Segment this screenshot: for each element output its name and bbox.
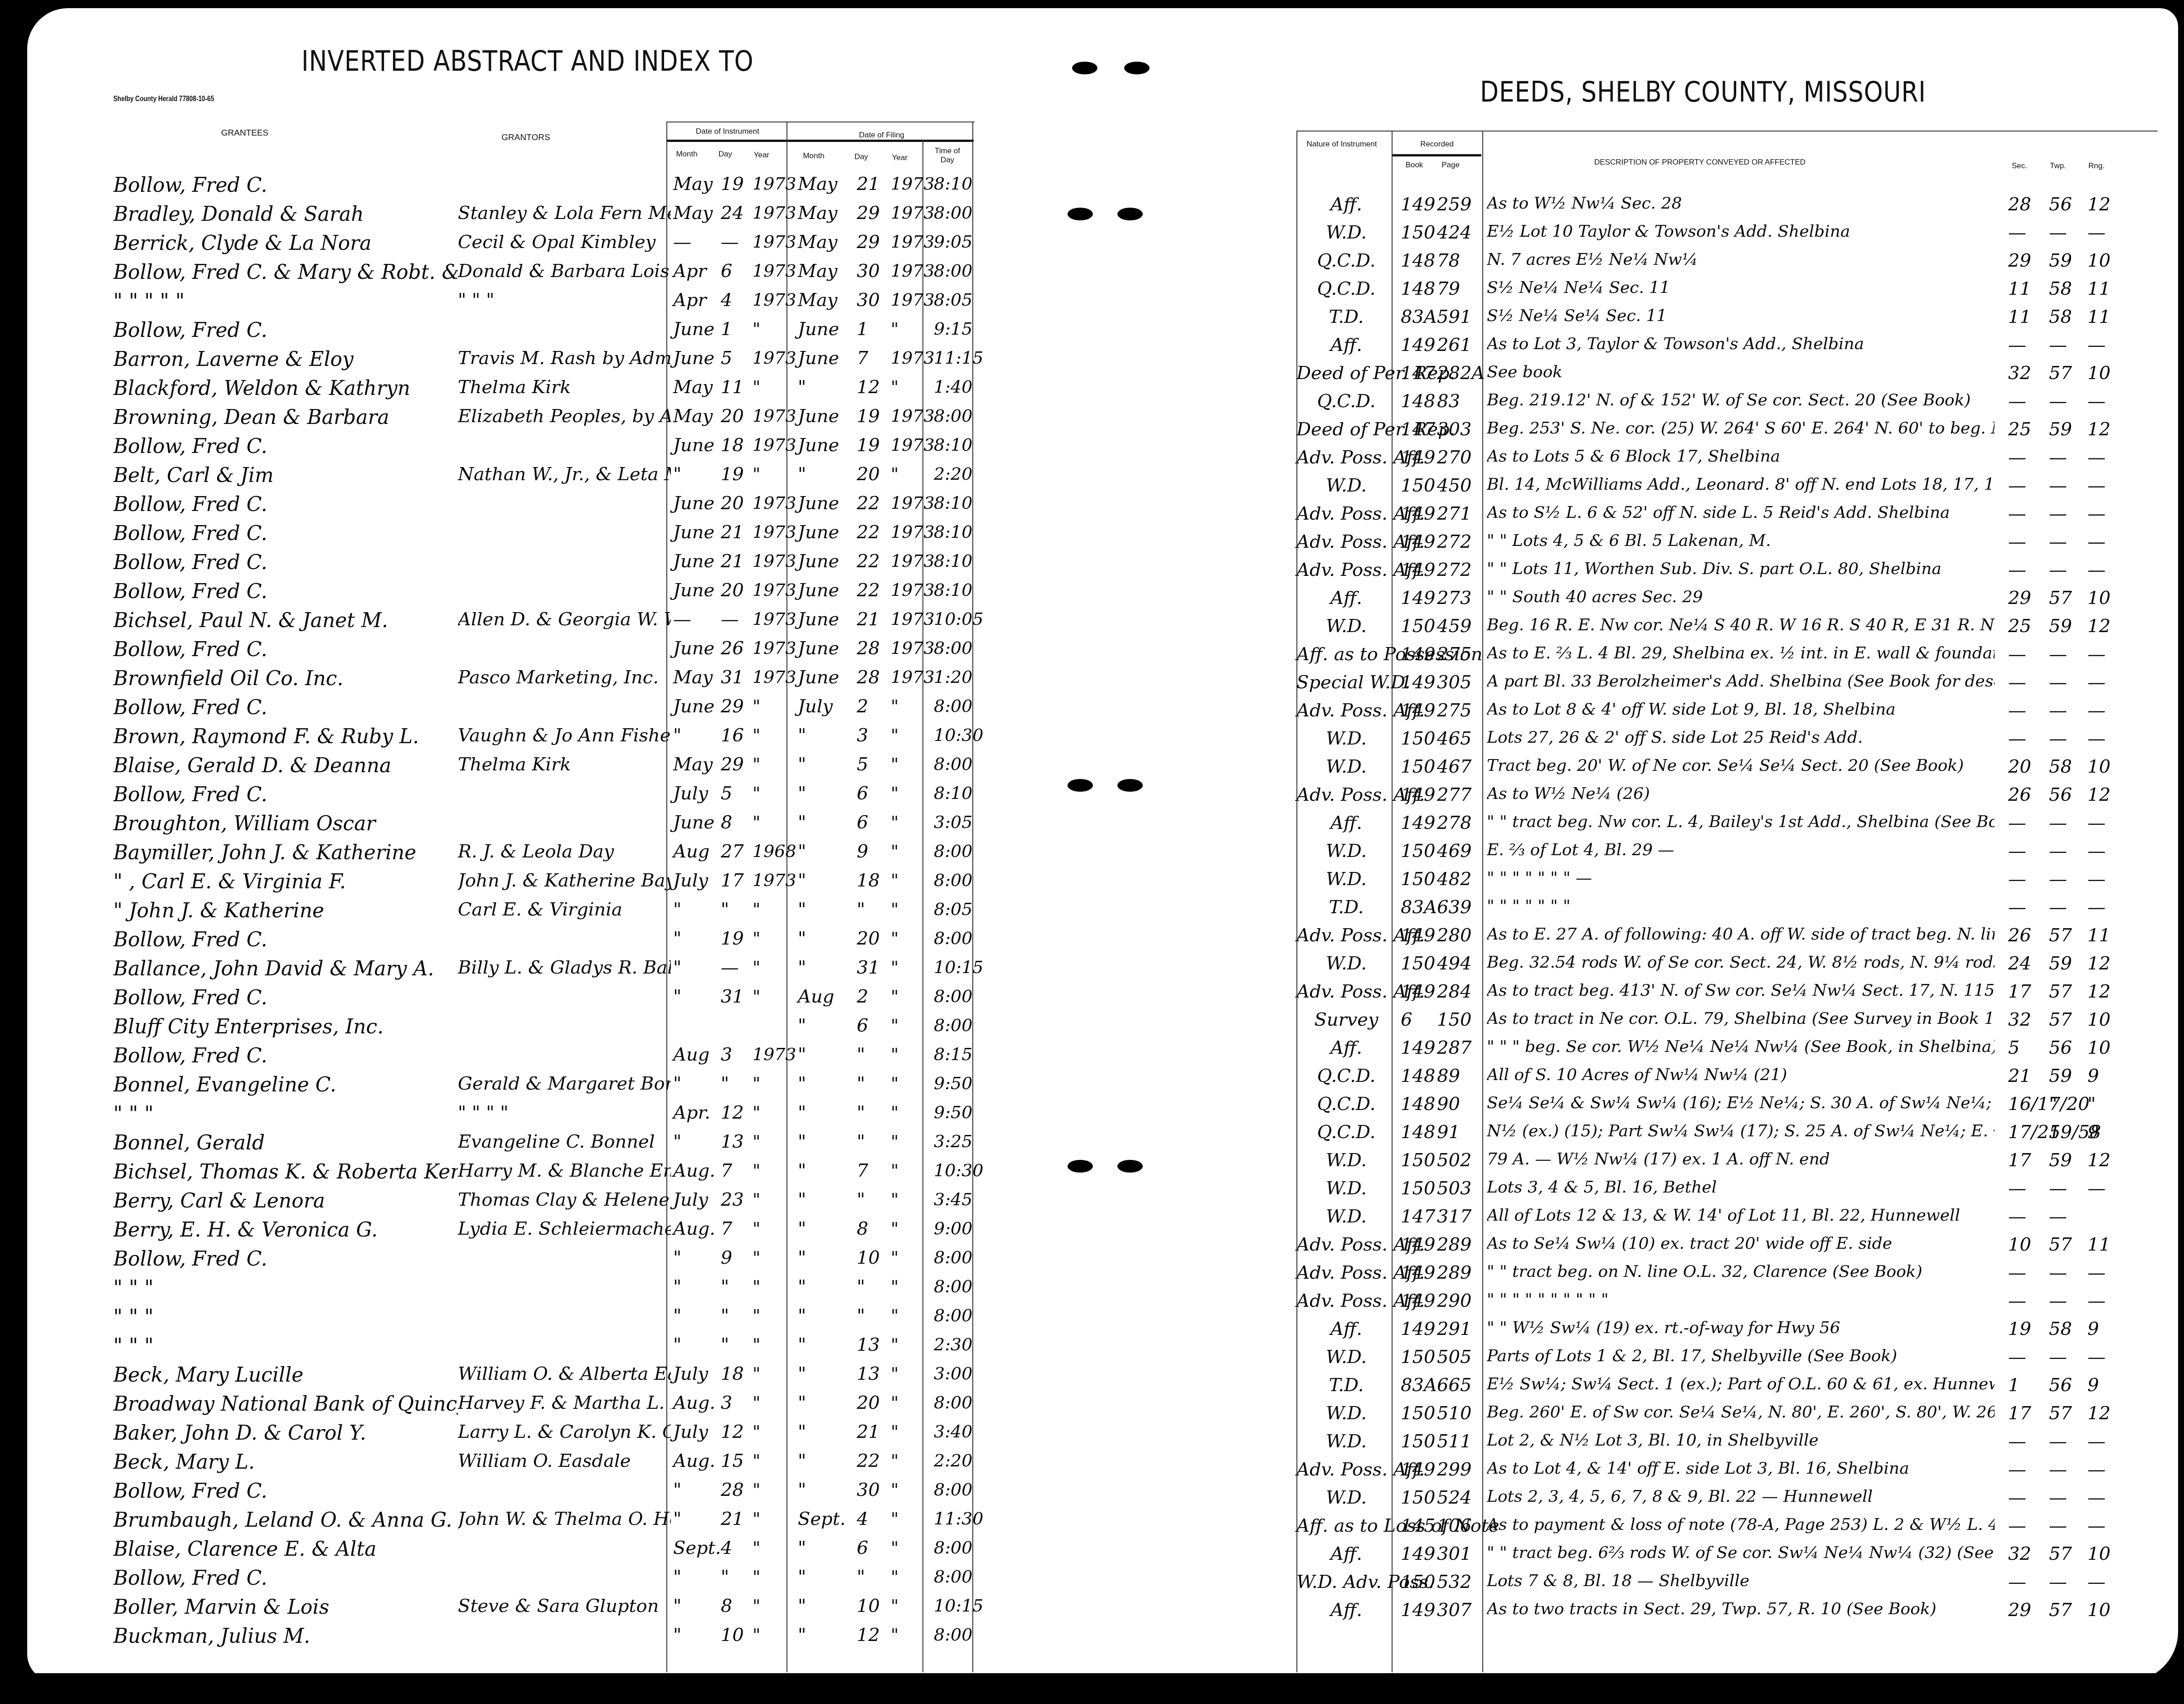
filing-time: 8:00 xyxy=(934,1276,972,1296)
filing-month: June xyxy=(798,551,839,572)
filing-time: 11:15 xyxy=(934,348,984,368)
page-title-right: DEEDS, SHELBY COUNTY, MISSOURI xyxy=(1480,75,1926,108)
section: — xyxy=(2008,1178,2026,1199)
grantee-name: Browning, Dean & Barbara xyxy=(113,406,458,429)
instrument-day: 3 xyxy=(721,1392,732,1413)
township: — xyxy=(2049,869,2067,890)
filing-day: 13 xyxy=(857,1334,880,1355)
header-rule-top-left xyxy=(666,122,975,122)
recorded-book: 149 xyxy=(1401,560,1435,580)
filing-month: June xyxy=(798,319,839,340)
instrument-day: 23 xyxy=(721,1189,744,1210)
filing-month: June xyxy=(798,638,839,659)
recorded-book: 148 xyxy=(1401,1066,1435,1086)
instrument-nature: Adv. Poss. Aff. xyxy=(1296,700,1396,721)
instrument-day: 15 xyxy=(721,1451,744,1471)
township: — xyxy=(2049,1178,2067,1199)
printer-mark: Shelby County Herald 77808-10-65 xyxy=(113,94,214,103)
instrument-year: 1973 xyxy=(752,348,796,368)
filing-year: " xyxy=(891,1305,898,1325)
instrument-month: June xyxy=(673,638,714,659)
instrument-month: Apr. xyxy=(673,1102,710,1123)
township: — xyxy=(2049,1459,2067,1480)
instrument-nature: Q.C.D. xyxy=(1296,278,1396,299)
filing-year: " xyxy=(891,928,898,948)
instrument-day: " xyxy=(721,1276,729,1297)
filing-time: 11:30 xyxy=(934,1509,984,1529)
instrument-month: — xyxy=(673,232,691,253)
grantor-name: Lydia E. Schleiermacher xyxy=(458,1218,671,1239)
instrument-nature: Adv. Poss. Aff. xyxy=(1296,784,1396,805)
col-header-grantees: GRANTEES xyxy=(199,128,290,138)
grantor-name: R. J. & Leola Day xyxy=(458,841,671,862)
filing-day: " xyxy=(857,1131,865,1152)
filing-month: June xyxy=(798,406,839,427)
grantor-name: John W. & Thelma O. Horn xyxy=(458,1509,671,1529)
instrument-month: " xyxy=(673,1480,681,1500)
filing-month: " xyxy=(798,1305,806,1326)
filing-month: " xyxy=(798,1392,806,1413)
filing-day: 21 xyxy=(857,174,880,195)
col-header-filing-month: Month xyxy=(798,151,830,161)
instrument-year: 1973 xyxy=(752,580,796,600)
filing-month: June xyxy=(798,667,839,688)
grantor-name: Evangeline C. Bonnel xyxy=(458,1131,671,1152)
recorded-page: 90 xyxy=(1437,1094,1460,1115)
filing-month: " xyxy=(798,1363,806,1384)
filing-year: " xyxy=(891,1131,898,1151)
instrument-year: " xyxy=(752,1160,760,1180)
township: — xyxy=(2049,841,2067,862)
section: — xyxy=(2008,560,2026,580)
filing-month: " xyxy=(798,377,806,398)
recorded-page: 524 xyxy=(1437,1487,1471,1508)
instrument-year: " xyxy=(752,1305,760,1325)
recorded-book: 150 xyxy=(1401,869,1435,890)
grantee-name: " " " xyxy=(113,1276,458,1300)
header-rule-top-right xyxy=(1296,131,2158,131)
filing-time: 8:05 xyxy=(934,899,972,919)
instrument-day: 5 xyxy=(721,783,732,804)
range: 10 xyxy=(2087,363,2111,384)
section: — xyxy=(2008,672,2026,693)
recorded-page: 290 xyxy=(1437,1290,1471,1311)
section: 32 xyxy=(2008,1543,2031,1564)
filing-year: " xyxy=(891,783,898,803)
instrument-year: " xyxy=(752,1131,760,1151)
recorded-book: 149 xyxy=(1401,1262,1435,1283)
range: — xyxy=(2087,897,2106,918)
instrument-year: " xyxy=(752,783,760,803)
range: — xyxy=(2087,1290,2106,1311)
township: 59 xyxy=(2049,953,2072,974)
section: 28 xyxy=(2008,194,2031,215)
instrument-nature: W.D. xyxy=(1296,1178,1396,1199)
section: 1 xyxy=(2008,1375,2019,1396)
instrument-month: June xyxy=(673,493,714,514)
recorded-page: 83 xyxy=(1437,391,1460,412)
range: 12 xyxy=(2087,616,2111,637)
section: — xyxy=(2008,447,2026,468)
township: 59 xyxy=(2049,616,2072,637)
instrument-nature: Adv. Poss. Aff. xyxy=(1296,503,1396,524)
recorded-page: 282A xyxy=(1437,363,1485,384)
instrument-day: 21 xyxy=(721,1509,744,1529)
instrument-day: 10 xyxy=(721,1625,744,1646)
recorded-page: 270 xyxy=(1437,447,1471,468)
filing-time: 9:50 xyxy=(934,1073,972,1093)
instrument-day: — xyxy=(721,957,739,978)
range: — xyxy=(2087,560,2106,580)
recorded-page: 272 xyxy=(1437,531,1471,552)
filing-month: " xyxy=(798,1218,806,1239)
range: — xyxy=(2087,391,2106,412)
recorded-page: 307 xyxy=(1437,1600,1471,1621)
instrument-day: 5 xyxy=(721,348,732,369)
instrument-month: " xyxy=(673,1625,681,1646)
filing-time: 2:20 xyxy=(934,1451,972,1470)
township: 57 xyxy=(2049,1600,2072,1621)
grantor-name: Elizabeth Peoples, by Adm. xyxy=(458,406,671,427)
instrument-day: 21 xyxy=(721,522,744,543)
filing-day: 13 xyxy=(857,1363,880,1384)
filing-month: " xyxy=(798,1189,806,1210)
col-header-description: DESCRIPTION OF PROPERTY CONVEYED OR AFFE… xyxy=(1559,158,1840,167)
filing-year: " xyxy=(891,1015,898,1035)
rule-page-right xyxy=(1482,131,1483,1672)
instrument-day: 19 xyxy=(721,464,744,485)
grantee-name: Bollow, Fred C. xyxy=(113,1247,458,1271)
grantee-name: Bollow, Fred C. xyxy=(113,696,458,719)
filing-time: 8:00 xyxy=(934,1480,972,1500)
instrument-year: 1973 xyxy=(752,551,796,571)
instrument-nature: W.D. xyxy=(1296,841,1396,862)
property-description: S½ Ne¼ Se¼ Sec. 11 xyxy=(1487,307,1995,325)
filing-month: June xyxy=(798,609,839,630)
filing-year: " xyxy=(891,1334,898,1354)
filing-day: " xyxy=(857,1044,865,1065)
instrument-month: July xyxy=(673,870,708,891)
recorded-book: 149 xyxy=(1401,1037,1435,1058)
instrument-year: 1973 xyxy=(752,667,796,687)
recorded-book: 149 xyxy=(1401,335,1435,355)
recorded-page: 494 xyxy=(1437,953,1471,974)
recorded-page: 291 xyxy=(1437,1319,1471,1339)
township: — xyxy=(2049,222,2067,243)
instrument-nature: W.D. xyxy=(1296,222,1396,243)
recorded-book: 149 xyxy=(1401,813,1435,833)
instrument-nature: Deed of Per. Rep. xyxy=(1296,419,1396,440)
filing-time: 8:00 xyxy=(934,696,972,716)
filing-year: 1973 xyxy=(891,174,935,194)
grantee-name: Berry, Carl & Lenora xyxy=(113,1189,458,1212)
township: — xyxy=(2049,503,2067,524)
township: 57 xyxy=(2049,1234,2072,1255)
range: 12 xyxy=(2087,1150,2111,1171)
filing-day: 30 xyxy=(857,1480,880,1500)
scanned-ledger: INVERTED ABSTRACT AND INDEX TO DEEDS, SH… xyxy=(0,0,2184,1704)
filing-day: 30 xyxy=(857,290,880,311)
instrument-nature: Deed of Per. Rep. xyxy=(1296,363,1396,384)
range: — xyxy=(2087,813,2106,833)
filing-year: " xyxy=(891,1189,898,1209)
instrument-nature: Q.C.D. xyxy=(1296,1094,1396,1115)
township: — xyxy=(2049,672,2067,693)
property-description: As to tract beg. 413' N. of Sw cor. Se¼ … xyxy=(1487,981,1995,1000)
range: — xyxy=(2087,447,2106,468)
range: 10 xyxy=(2087,588,2111,609)
recorded-book: 148 xyxy=(1401,391,1435,412)
instrument-day: 19 xyxy=(721,928,744,949)
section: 25 xyxy=(2008,616,2031,637)
instrument-nature: W.D. xyxy=(1296,475,1396,496)
section: — xyxy=(2008,503,2026,524)
property-description: Bl. 14, McWilliams Add., Leonard. 8' off… xyxy=(1487,475,1995,494)
instrument-month: May xyxy=(673,174,713,195)
filing-month: May xyxy=(798,203,837,224)
recorded-book: 83A xyxy=(1401,1375,1437,1396)
filing-year: 1973 xyxy=(891,348,935,368)
instrument-year: " xyxy=(752,1392,760,1412)
instrument-day: 1 xyxy=(721,319,732,340)
range: " xyxy=(2087,1094,2096,1115)
section: 20 xyxy=(2008,756,2031,777)
property-description: E. ⅔ of Lot 4, Bl. 29 — xyxy=(1487,841,1995,859)
col-header-nature-of-instrument: Nature of Instrument xyxy=(1296,140,1387,149)
recorded-page: 505 xyxy=(1437,1347,1471,1368)
grantor-name: Travis M. Rash by Adm. xyxy=(458,348,671,369)
instrument-year: " xyxy=(752,1538,760,1558)
filing-day: 20 xyxy=(857,928,880,949)
col-header-time-of-day: Time of Day xyxy=(929,146,966,164)
range: 10 xyxy=(2087,756,2111,777)
range: 9 xyxy=(2087,1319,2099,1339)
filing-time: 8:00 xyxy=(934,203,972,223)
township: " xyxy=(2049,1094,2057,1115)
filing-time: 3:45 xyxy=(934,1189,972,1209)
filing-day: 7 xyxy=(857,348,868,369)
grantee-name: Beck, Mary Lucille xyxy=(113,1363,458,1387)
filing-day: " xyxy=(857,1073,865,1094)
recorded-page: 289 xyxy=(1437,1262,1471,1283)
filing-time: 8:00 xyxy=(934,1392,972,1412)
section: — xyxy=(2008,869,2026,890)
recorded-book: 150 xyxy=(1401,222,1435,243)
recorded-book: 149 xyxy=(1401,588,1435,609)
property-description: As to Lot 8 & 4' off W. side Lot 9, Bl. … xyxy=(1487,700,1995,719)
grantee-name: Bonnel, Evangeline C. xyxy=(113,1073,458,1096)
filing-month: Sept. xyxy=(798,1509,845,1529)
instrument-day: — xyxy=(721,232,739,253)
range: 12 xyxy=(2087,953,2111,974)
range: — xyxy=(2087,700,2106,721)
property-description: " " " " " " " " " " xyxy=(1487,1290,1995,1309)
property-description: All of S. 10 Acres of Nw¼ Nw¼ (21) xyxy=(1487,1066,1995,1084)
grantee-name: Ballance, John David & Mary A. xyxy=(113,957,458,980)
instrument-day: 16 xyxy=(721,725,744,746)
property-description: As to E. 27 A. of following: 40 A. off W… xyxy=(1487,925,1995,944)
filing-time: 9:15 xyxy=(934,319,972,339)
filing-year: 1973 xyxy=(891,435,935,455)
property-description: As to W½ Ne¼ (26) xyxy=(1487,784,1995,803)
instrument-nature: Q.C.D. xyxy=(1296,1066,1396,1086)
recorded-book: 149 xyxy=(1401,503,1435,524)
filing-day: 21 xyxy=(857,1422,880,1442)
grantee-name: " " " " " xyxy=(113,290,458,313)
range: 11 xyxy=(2087,307,2111,327)
instrument-day: 8 xyxy=(721,812,732,833)
instrument-month: " xyxy=(673,725,681,746)
grantee-name: Blackford, Weldon & Kathryn xyxy=(113,377,458,400)
township: — xyxy=(2049,700,2067,721)
grantor-name: William O. & Alberta Easdale & H. Eugene… xyxy=(458,1363,671,1384)
filing-time: 8:00 xyxy=(934,1567,972,1587)
section: 32 xyxy=(2008,363,2031,384)
grantee-name: Brown, Raymond F. & Ruby L. xyxy=(113,725,458,748)
township: 57 xyxy=(2049,363,2072,384)
township: 57 xyxy=(2049,1403,2072,1424)
grantee-name: Bollow, Fred C. xyxy=(113,783,458,806)
filing-month: " xyxy=(798,841,806,862)
grantee-name: " , Carl E. & Virginia F. xyxy=(113,870,458,893)
filing-month: June xyxy=(798,493,839,514)
grantee-name: Bollow, Fred C. xyxy=(113,551,458,574)
filing-time: 8:00 xyxy=(934,1305,972,1325)
grantee-name: Barron, Laverne & Eloy xyxy=(113,348,458,371)
recorded-book: 148 xyxy=(1401,278,1435,299)
instrument-year: " xyxy=(752,899,760,919)
filing-time: 8:00 xyxy=(934,638,972,658)
filing-year: 1973 xyxy=(891,580,935,600)
instrument-month: " xyxy=(673,1509,681,1529)
filing-year: " xyxy=(891,1276,898,1296)
filing-day: " xyxy=(857,1189,865,1210)
section: 17 xyxy=(2008,1403,2031,1424)
recorded-page: 278 xyxy=(1437,813,1471,833)
recorded-book: 145 xyxy=(1401,1515,1435,1536)
filing-month: June xyxy=(798,522,839,543)
instrument-year: " xyxy=(752,986,760,1006)
grantee-name: Broadway National Bank of Quincy xyxy=(113,1392,458,1416)
punch-hole xyxy=(1068,779,1093,792)
col-header-grantors: GRANTORS xyxy=(476,133,576,143)
filing-month: July xyxy=(798,696,833,717)
instrument-nature: Survey xyxy=(1296,1009,1396,1030)
instrument-year: " xyxy=(752,957,760,977)
grantee-name: Berry, E. H. & Veronica G. xyxy=(113,1218,458,1241)
filing-time: 10:30 xyxy=(934,1160,984,1180)
instrument-day: 24 xyxy=(721,203,744,224)
header-rule-recorded xyxy=(1393,154,1481,156)
filing-month: May xyxy=(798,261,837,282)
punch-hole xyxy=(1117,208,1143,220)
instrument-month: Aug. xyxy=(673,1218,715,1239)
instrument-day: 12 xyxy=(721,1422,744,1442)
instrument-year: " xyxy=(752,1625,760,1645)
instrument-month: June xyxy=(673,319,714,340)
filing-day: 9 xyxy=(857,841,868,862)
instrument-nature: Special W.D. xyxy=(1296,672,1396,693)
filing-day: 10 xyxy=(857,1247,880,1268)
recorded-page: 284 xyxy=(1437,981,1471,1002)
recorded-book: 149 xyxy=(1401,784,1435,805)
property-description: " " tract beg. on N. line O.L. 32, Clare… xyxy=(1487,1262,1995,1281)
filing-year: 1973 xyxy=(891,667,935,687)
filing-day: " xyxy=(857,899,865,920)
filing-day: 22 xyxy=(857,1451,880,1471)
col-header-twp: Twp. xyxy=(2044,161,2072,170)
filing-month: " xyxy=(798,1625,806,1646)
filing-year: " xyxy=(891,464,898,484)
instrument-year: 1973 xyxy=(752,870,796,890)
recorded-book: 150 xyxy=(1401,1403,1435,1424)
filing-time: 8:10 xyxy=(934,551,972,571)
recorded-book: 149 xyxy=(1401,644,1435,665)
grantee-name: " " " xyxy=(113,1102,458,1125)
property-description: As to Lot 4, & 14' off E. side Lot 3, Bl… xyxy=(1487,1459,1995,1478)
range: 12 xyxy=(2087,1403,2111,1424)
punch-hole xyxy=(1072,62,1097,74)
range: 12 xyxy=(2087,981,2111,1002)
section: 24 xyxy=(2008,953,2031,974)
instrument-month: — xyxy=(673,609,691,630)
township: — xyxy=(2049,1572,2067,1592)
filing-year: " xyxy=(891,1392,898,1412)
instrument-nature: Adv. Poss. Aff. xyxy=(1296,925,1396,946)
filing-time: 8:00 xyxy=(934,1538,972,1558)
instrument-nature: W.D. xyxy=(1296,1150,1396,1171)
filing-time: 8:00 xyxy=(934,261,972,281)
filing-year: " xyxy=(891,1102,898,1122)
filing-year: " xyxy=(891,1073,898,1093)
filing-year: " xyxy=(891,1160,898,1180)
property-description: As to Lots 5 & 6 Block 17, Shelbina xyxy=(1487,447,1995,466)
instrument-day: 29 xyxy=(721,754,744,775)
instrument-day: 17 xyxy=(721,870,744,891)
township: 59 xyxy=(2049,1150,2072,1171)
recorded-page: 273 xyxy=(1437,588,1471,609)
filing-day: " xyxy=(857,1276,865,1297)
range: — xyxy=(2087,222,2106,243)
grantor-name: William O. Easdale xyxy=(458,1451,671,1471)
filing-time: 1:40 xyxy=(934,377,972,397)
range: 12 xyxy=(2087,419,2111,440)
filing-month: " xyxy=(798,957,806,978)
instrument-day: " xyxy=(721,1305,729,1326)
section: — xyxy=(2008,335,2026,355)
filing-year: " xyxy=(891,754,898,774)
township: — xyxy=(2049,728,2067,749)
filing-time: 8:00 xyxy=(934,986,972,1006)
recorded-page: 259 xyxy=(1437,194,1471,215)
instrument-month: " xyxy=(673,1334,681,1355)
filing-year: 1973 xyxy=(891,551,935,571)
section: — xyxy=(2008,1290,2026,1311)
filing-time: 3:05 xyxy=(934,812,972,832)
grantee-name: " John J. & Katherine xyxy=(113,899,458,922)
page-title-left: INVERTED ABSTRACT AND INDEX TO xyxy=(301,44,753,78)
instrument-nature: W.D. xyxy=(1296,728,1396,749)
section: 11 xyxy=(2008,278,2031,299)
recorded-page: 511 xyxy=(1437,1431,1471,1452)
property-description: Beg. 16 R. E. Nw cor. Ne¼ S 40 R. W 16 R… xyxy=(1487,616,1995,634)
instrument-nature: Adv. Poss. Aff. xyxy=(1296,1290,1396,1311)
filing-time: 8:00 xyxy=(934,870,972,890)
section: — xyxy=(2008,1347,2026,1368)
section: — xyxy=(2008,897,2026,918)
grantee-name: Broughton, William Oscar xyxy=(113,812,458,835)
property-description: Se¼ Se¼ & Sw¼ Sw¼ (16); E½ Ne¼; S. 30 A.… xyxy=(1487,1094,1995,1112)
